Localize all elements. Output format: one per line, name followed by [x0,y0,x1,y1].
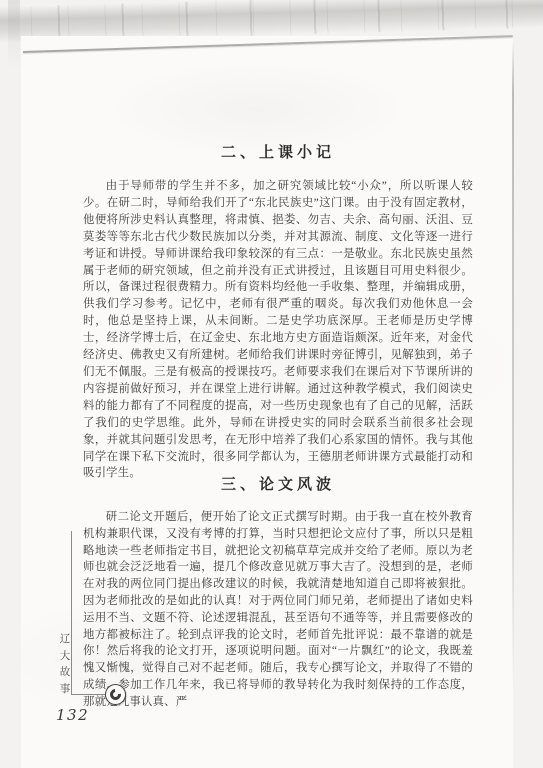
series-title-char: 大 [58,649,72,666]
series-title-vertical: 辽 大 故 事 [58,632,72,698]
series-title-char: 辽 [58,632,72,649]
series-title-char: 事 [58,682,72,699]
page-right-edge [512,40,514,690]
footer-horizontal-rule [71,694,105,695]
page-left-shade [8,0,20,70]
section-heading-thesis-trouble: 三、论文风波 [83,473,473,494]
scanned-book-page: 二、上课小记 由于导师带的学生并不多，加之研究领域比较“小众”，所以听课人较少。… [0,0,543,768]
page-number: 132 [56,706,89,724]
section-paragraph-thesis-trouble: 研二论文开题后，便开始了论文正式撰写时期。由于我一直在校外教育机构兼职代课，又没… [83,509,473,711]
section-paragraph-lecture-notes: 由于导师带的学生并不多，加之研究领域比较“小众”，所以听课人较少。在研二时，导师… [83,178,473,482]
publisher-emblem-icon [105,684,126,705]
series-title-char: 故 [58,665,72,682]
section-heading-lecture-notes: 二、上课小记 [83,141,473,162]
publisher-emblem-core-icon [108,687,123,702]
